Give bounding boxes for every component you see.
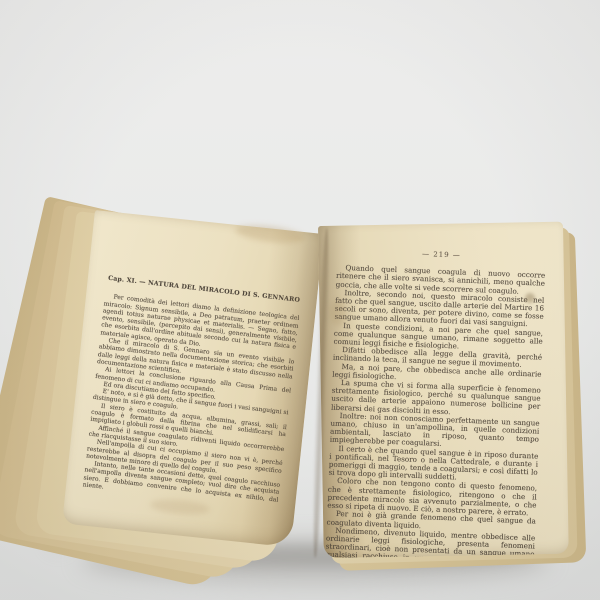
page-number: — 219 — <box>337 247 546 263</box>
left-page-text: Cap. XI. — NATURA DEL MIRACOLO DI S. GEN… <box>64 210 323 513</box>
right-page-text: — 219 — Quando quel sangue coagula di nu… <box>318 226 563 558</box>
left-page: Cap. XI. — NATURA DEL MIRACOLO DI S. GEN… <box>62 210 324 547</box>
right-page: — 219 — Quando quel sangue coagula di nu… <box>318 222 569 558</box>
right-page-paragraphs: Quando quel sangue coagula di nuovo occo… <box>325 264 545 558</box>
book-photo: { "scene": { "background_color": "#e8e9e… <box>0 0 600 600</box>
left-page-paragraphs: Per comodità dei lettori diamo la defini… <box>82 293 299 511</box>
open-book: Cap. XI. — NATURA DEL MIRACOLO DI S. GEN… <box>0 0 600 600</box>
